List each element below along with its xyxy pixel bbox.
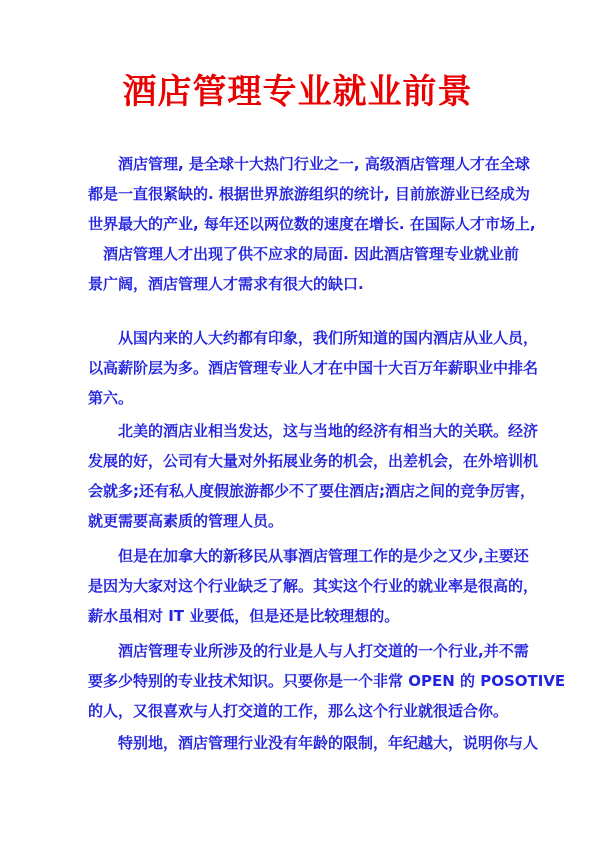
text-line: 景广阔，酒店管理人才需求有很大的缺口. [88,269,518,299]
text-line: 会就多;还有私人度假旅游都少不了要住酒店;酒店之间的竞争厉害， [88,476,518,506]
text-line: 就更需要高素质的管理人员。 [88,506,518,536]
document-title: 酒店管理专业就业前景 [0,72,595,112]
text-line: 发展的好，公司有大量对外拓展业务的机会，出差机会，在外培训机 [88,446,518,476]
text-line: 酒店管理专业所涉及的行业是人与人打交道的一个行业,并不需 [88,636,518,666]
text-line: 以高薪阶层为多。酒店管理专业人才在中国十大百万年薪职业中排名 [88,353,518,383]
text-line: 从国内来的人大约都有印象，我们所知道的国内酒店从业人员， [88,323,518,353]
text-line: 要多少特别的专业技术知识。只要你是一个非常 OPEN 的 POSOTIVE [88,666,518,696]
paragraph-1: 酒店管理, 是全球十大热门行业之一, 高级酒店管理人才在全球 都是一直很紧缺的.… [88,149,518,299]
text-line: 酒店管理人才出现了供不应求的局面. 因此酒店管理专业就业前 [88,239,518,269]
text-line: 都是一直很紧缺的. 根据世界旅游组织的统计, 目前旅游业已经成为 [88,179,518,209]
text-line: 世界最大的产业, 每年还以两位数的速度在增长. 在国际人才市场上, [88,209,518,239]
text-line: 北美的酒店业相当发达，这与当地的经济有相当大的关联。经济 [88,416,518,446]
paragraph-3: 北美的酒店业相当发达，这与当地的经济有相当大的关联。经济 发展的好，公司有大量对… [88,416,518,536]
text-line: 薪水虽相对 IT 业要低，但是还是比较理想的。 [88,601,518,631]
text-line: 的人，又很喜欢与人打交道的工作，那么这个行业就很适合你。 [88,696,518,726]
text-line: 是因为大家对这个行业缺乏了解。其实这个行业的就业率是很高的， [88,571,518,601]
paragraph-5: 酒店管理专业所涉及的行业是人与人打交道的一个行业,并不需 要多少特别的专业技术知… [88,636,518,726]
paragraph-2: 从国内来的人大约都有印象，我们所知道的国内酒店从业人员， 以高薪阶层为多。酒店管… [88,323,518,413]
document-body: 酒店管理, 是全球十大热门行业之一, 高级酒店管理人才在全球 都是一直很紧缺的.… [88,149,518,758]
text-line: 但是在加拿大的新移民从事酒店管理工作的是少之又少,主要还 [88,541,518,571]
text-line: 酒店管理, 是全球十大热门行业之一, 高级酒店管理人才在全球 [88,149,518,179]
text-line: 特别地，酒店管理行业没有年龄的限制，年纪越大，说明你与人 [88,728,518,758]
paragraph-4: 但是在加拿大的新移民从事酒店管理工作的是少之又少,主要还 是因为大家对这个行业缺… [88,541,518,631]
paragraph-6: 特别地，酒店管理行业没有年龄的限制，年纪越大，说明你与人 [88,728,518,758]
document-page: 酒店管理专业就业前景 酒店管理, 是全球十大热门行业之一, 高级酒店管理人才在全… [0,0,595,842]
text-line: 第六。 [88,383,518,413]
